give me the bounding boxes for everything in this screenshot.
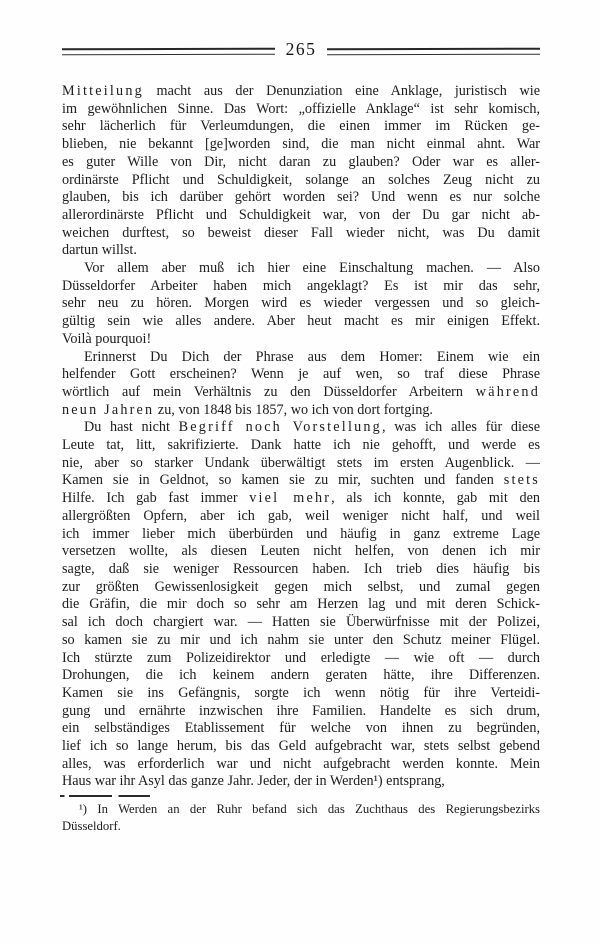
body-text: Mitteilung macht aus der Denunziation ei…: [62, 83, 540, 791]
footnote: ¹) In Werden an der Ruhr befand sich das…: [62, 801, 540, 835]
header-rule-left: [62, 47, 275, 55]
gesperrt-text: Begriff noch Vorstellung: [179, 419, 382, 435]
gesperrt-text: neun Jahren: [62, 402, 154, 418]
text-line: die Gräfin, die mir doch so sehr am Herz…: [62, 596, 540, 614]
text-line: ich immer lieber mich überbürden und häu…: [62, 526, 540, 544]
text-line: Hilfe. Ich gab fast immer viel mehr, als…: [62, 490, 540, 508]
gesperrt-text: Mitteilung: [62, 83, 144, 99]
text-line: Ich stürzte zum Polizeidirektor und erle…: [62, 650, 540, 668]
gesperrt-text: viel mehr: [249, 490, 331, 506]
text-line: nie, aber so starker Undank überwältigt …: [62, 455, 540, 473]
text-line: Düsseldorf.: [62, 818, 540, 835]
text-line: lief ich so lange herum, bis das Geld au…: [62, 738, 540, 756]
text-line: dartun willst.: [62, 242, 540, 260]
text-line: Drohungen, die ich keinem andern geraten…: [62, 667, 540, 685]
text-line: neun Jahren zu, von 1848 bis 1857, wo ic…: [62, 402, 540, 420]
text-line: Mitteilung macht aus der Denunziation ei…: [62, 83, 540, 101]
text-line: Vor allem aber muß ich hier eine Einscha…: [62, 260, 540, 278]
text-line: weichen durftest, so beweist dieser Fall…: [62, 225, 540, 243]
text-line: glauben, bis ich darüber gehört worden s…: [62, 189, 540, 207]
text-line: helfender Gott erscheinen? Wenn je auf w…: [62, 366, 540, 384]
text-line: allerordinärste Pflicht und Schuldigkeit…: [62, 207, 540, 225]
text-line: ¹) In Werden an der Ruhr befand sich das…: [62, 801, 540, 818]
text-line: ein selbständiges Etablissement für welc…: [62, 720, 540, 738]
text-line: Erinnerst Du Dich der Phrase aus dem Hom…: [62, 349, 540, 367]
text-line: sehr lächerlich für Verleumdungen, die e…: [62, 118, 540, 136]
gesperrt-text: stets: [504, 472, 540, 488]
text-line: Düsseldorfer Arbeiter haben mich angekla…: [62, 278, 540, 296]
text-line: allergrößten Opfern, aber ich gab, weil …: [62, 508, 540, 526]
text-line: Kamen sie in Geldnot, so kamen sie zu mi…: [62, 472, 540, 490]
text-line: Du hast nicht Begriff noch Vorstellung, …: [62, 419, 540, 437]
gesperrt-text: während: [476, 384, 540, 400]
text-line: gung und ernährte inzwischen ihre Famili…: [62, 703, 540, 721]
text-line: im gewöhnlichen Sinne. Das Wort: „offizi…: [62, 101, 540, 119]
text-line: ordinärste Pflicht und Schuldigkeit, sol…: [62, 172, 540, 190]
text-line: Kamen sie ins Gefängnis, sorgte ich wenn…: [62, 685, 540, 703]
page-header: 265: [62, 41, 540, 62]
text-line: es guter Wille von Dir, nicht daran zu g…: [62, 154, 540, 172]
text-line: Haus war ihr Asyl das ganze Jahr. Jeder,…: [62, 773, 540, 791]
footnote-separator: [60, 795, 150, 797]
book-page: 265 Mitteilung macht aus der Denunziatio…: [0, 0, 600, 944]
text-line: sagte, daß sie weniger Ressourcen haben.…: [62, 561, 540, 579]
text-line: Leute tat, litt, sakrifizierte. Dank hat…: [62, 437, 540, 455]
text-line: so kamen sie zu mir und ich nahm sie unt…: [62, 632, 540, 650]
text-line: blieben, nie bekannt [ge]worden sind, di…: [62, 136, 540, 154]
text-line: sal ich doch chargiert war. — Hatten sie…: [62, 614, 540, 632]
text-line: zur größten Gewissenlosigkeit gegen mich…: [62, 579, 540, 597]
header-rule-right: [327, 47, 540, 55]
page-number: 265: [286, 41, 317, 62]
text-line: gültig sein wie alles andere. Aber heut …: [62, 313, 540, 331]
text-line: Voilà pourquoi!: [62, 331, 540, 349]
text-line: versetzen wollte, als diesen Leuten nich…: [62, 543, 540, 561]
text-line: sehr neu zu hören. Morgen wird es wieder…: [62, 295, 540, 313]
text-line: alles, was erforderlich war und nicht au…: [62, 756, 540, 774]
text-line: wörtlich auf mein Verhältnis zu den Düss…: [62, 384, 540, 402]
